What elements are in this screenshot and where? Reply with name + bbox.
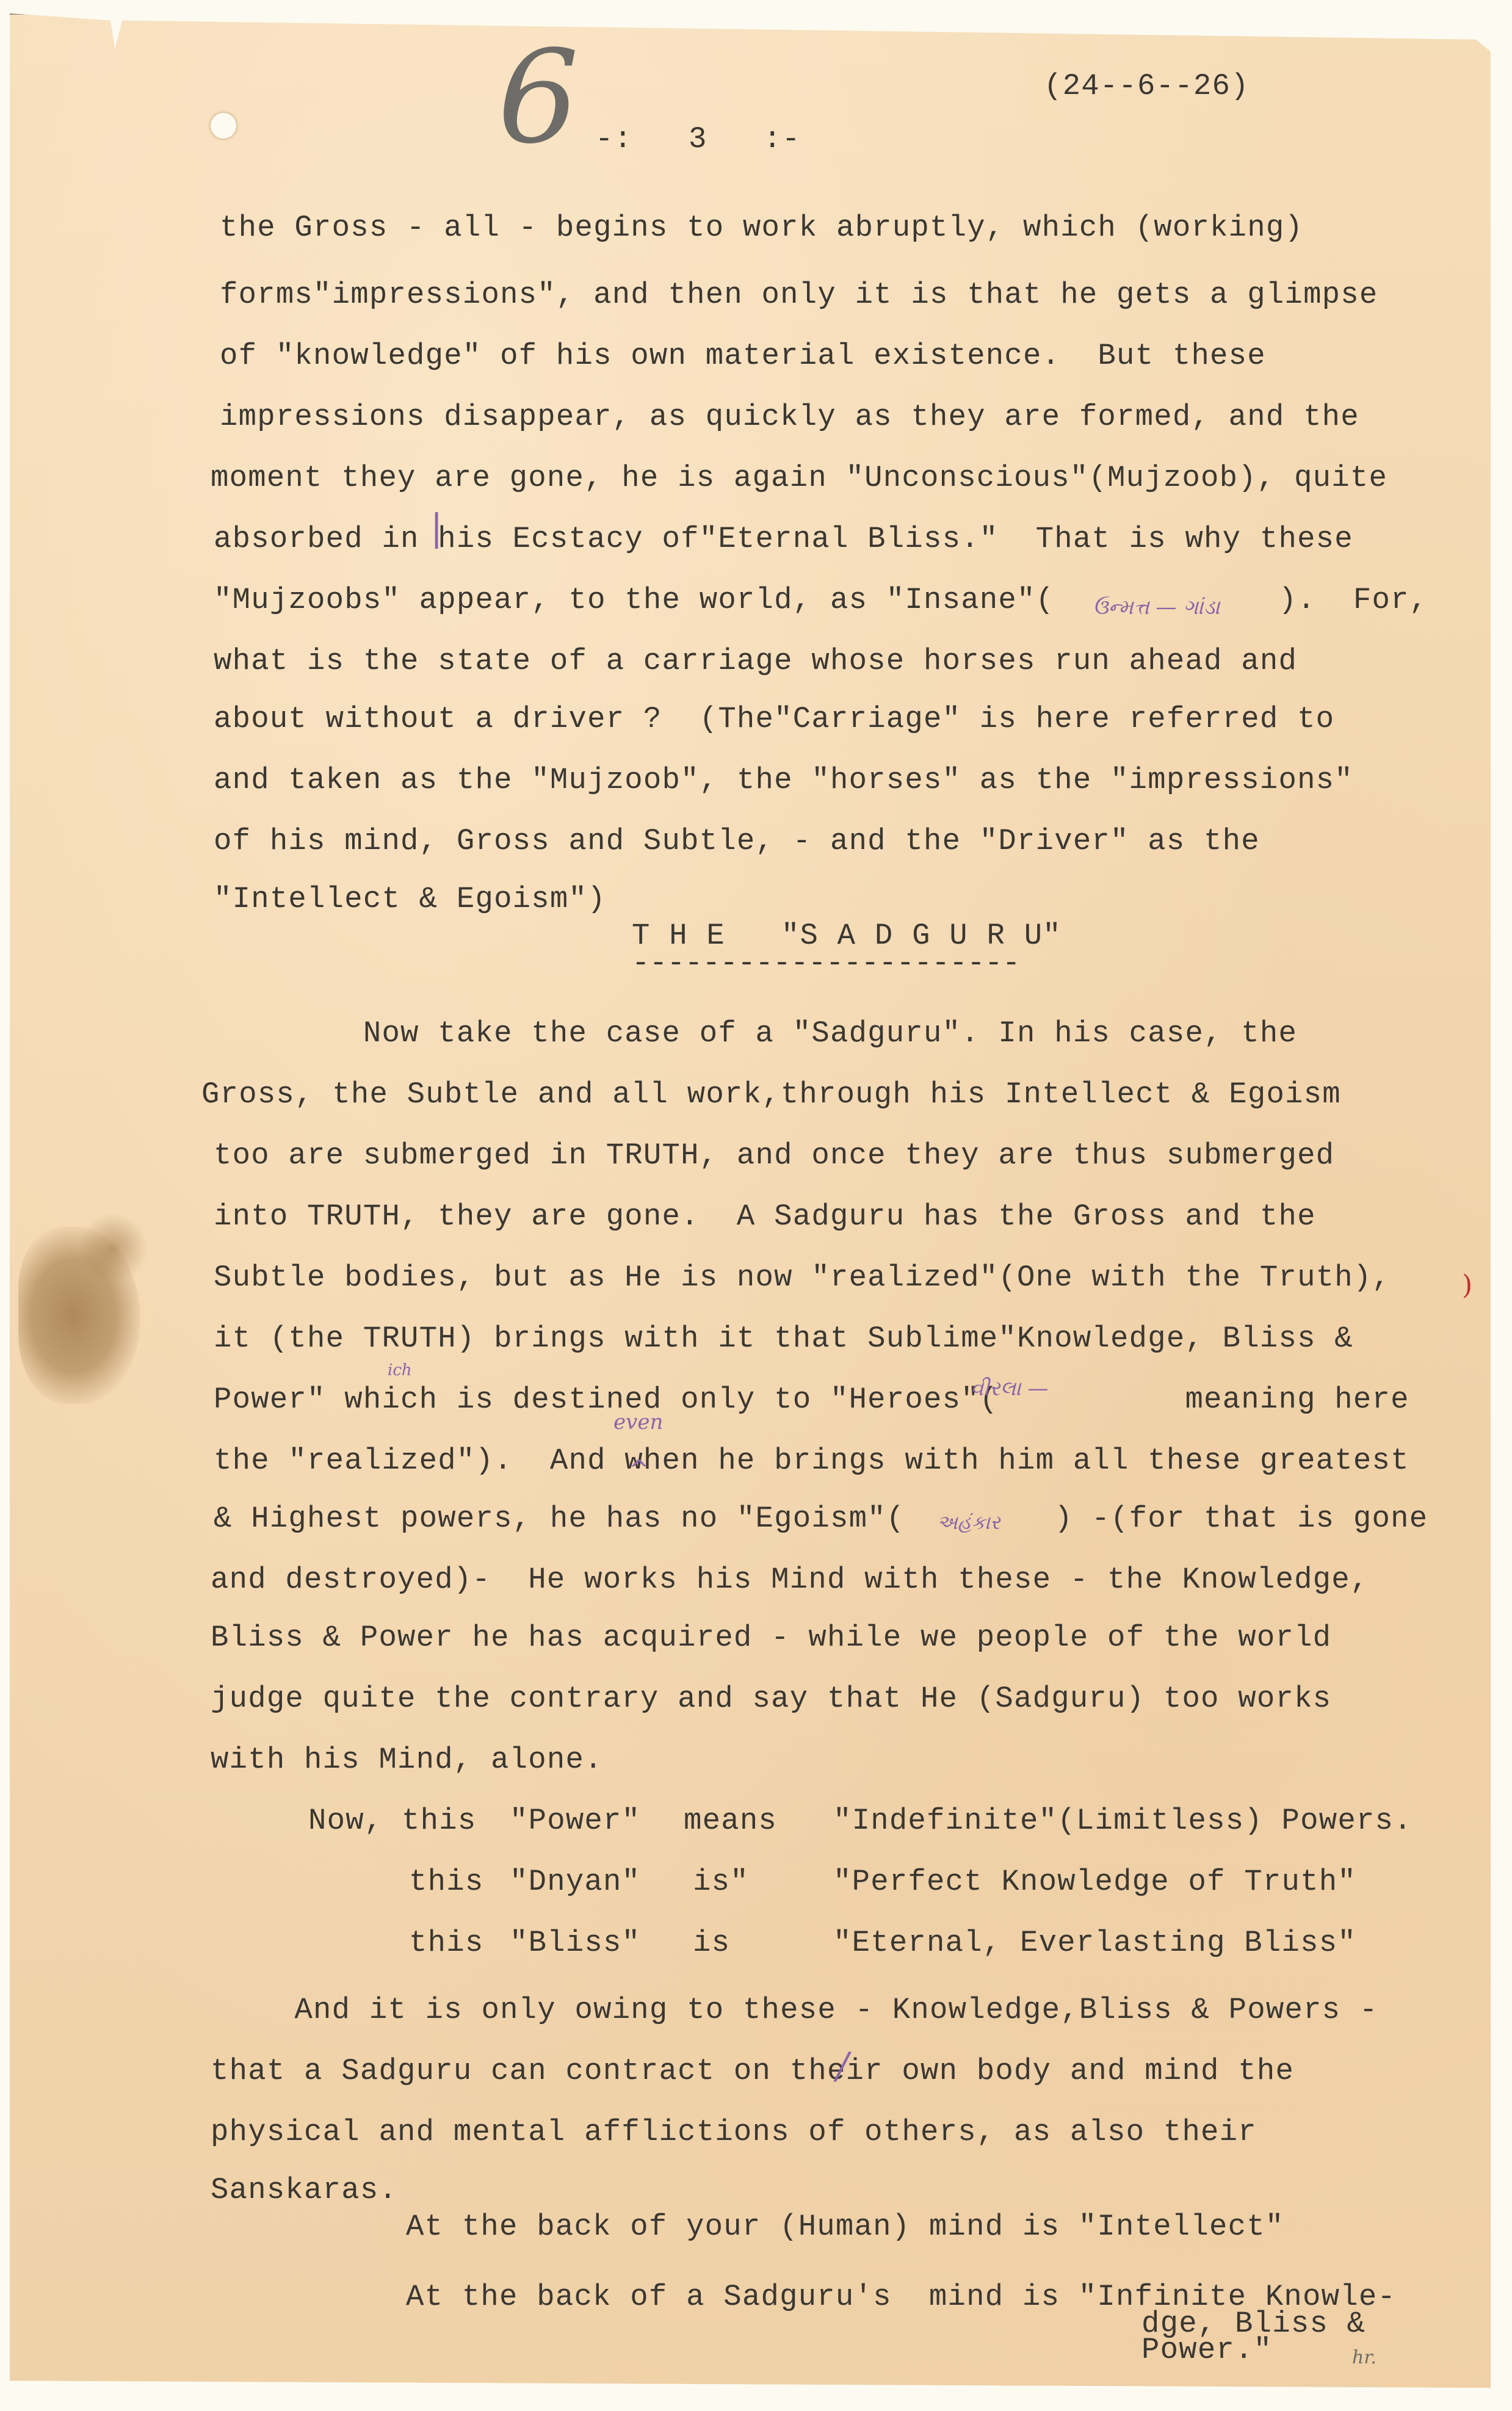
text-line: what is the state of a carriage whose ho… — [214, 644, 1297, 678]
closing-wrap-line: Power." — [1141, 2337, 1272, 2363]
annotation-even-insert: even — [613, 1410, 663, 1434]
text-line: of his mind, Gross and Subtle, - and the… — [214, 824, 1260, 858]
text-line: that a Sadguru can contract on their own… — [211, 2054, 1294, 2088]
closing-line: At the back of your (Human) mind is "Int… — [406, 2210, 1284, 2244]
heading-underline: ---------------------- — [632, 946, 1020, 980]
definition-lead: this — [409, 1926, 483, 1960]
text-line: absorbed in his Ecstacy of"Eternal Bliss… — [214, 522, 1353, 556]
text-line: too are submerged in TRUTH, and once the… — [214, 1138, 1334, 1173]
definition-lead: Now, this — [308, 1804, 476, 1838]
pencil-initials: hr. — [1352, 2347, 1376, 2368]
annotation-heroes-gujarati: વીરલા — — [971, 1376, 1048, 1401]
page-marker: -: 3 :- — [595, 122, 801, 156]
text-line: and taken as the "Mujzoob", the "horses"… — [214, 763, 1353, 797]
text-line: Now take the case of a "Sadguru". In his… — [214, 1016, 1297, 1050]
text-line: the Gross - all - begins to work abruptl… — [220, 211, 1303, 245]
text-line: Sanskaras. — [211, 2173, 397, 2207]
text-line: about without a driver ? (The"Carriage" … — [214, 702, 1334, 736]
annotation-ich-correction: ich — [388, 1361, 412, 1379]
text-line: judge quite the contrary and say that He… — [211, 1682, 1331, 1716]
text-line: physical and mental afflictions of other… — [211, 2115, 1257, 2149]
annotation-egoism-gujarati: અહંકાર — [937, 1511, 1000, 1534]
correction-mark-in-his: | — [430, 507, 443, 549]
text-line: Bliss & Power he has acquired - while we… — [211, 1621, 1331, 1655]
text-line: it (the TRUTH) brings with it that Subli… — [214, 1321, 1353, 1356]
text-line: of "knowledge" of his own material exist… — [220, 339, 1266, 373]
text-line: And it is only owing to these - Knowledg… — [220, 1993, 1378, 2027]
definition-meaning: "Perfect Knowledge of Truth" — [833, 1865, 1356, 1899]
text-line: "Mujzoobs" appear, to the world, as "Ins… — [214, 583, 1428, 617]
text-line: with his Mind, alone. — [211, 1743, 603, 1777]
annotation-insane-gujarati: ઉન્મત્ત — ગાંડા — [1093, 595, 1220, 620]
definition-verb: is — [693, 1926, 730, 1960]
text-line: impressions disappear, as quickly as the… — [220, 400, 1359, 434]
text-line: "Intellect & Egoism") — [214, 882, 606, 916]
definition-term: "Power" — [510, 1804, 640, 1838]
text-line: Power" which is destined only to "Heroes… — [214, 1383, 1409, 1417]
text-line: moment they are gone, he is again "Uncon… — [211, 461, 1387, 495]
text-line: & Highest powers, he has no "Egoism"( ) … — [214, 1502, 1428, 1536]
definition-lead: this — [409, 1865, 483, 1899]
definition-meaning: "Indefinite"(Limitless) Powers. — [833, 1804, 1413, 1838]
text-line: into TRUTH, they are gone. A Sadguru has… — [214, 1199, 1316, 1234]
insert-caret: ^ — [629, 1456, 649, 1484]
definition-verb: means — [684, 1804, 777, 1838]
definition-term: "Dnyan" — [510, 1865, 640, 1899]
text-line: Gross, the Subtle and all work,through h… — [201, 1077, 1341, 1112]
text-line: forms"impressions", and then only it is … — [220, 278, 1378, 312]
definition-meaning: "Eternal, Everlasting Bliss" — [833, 1926, 1356, 1960]
definition-verb: is" — [693, 1865, 749, 1899]
strike-correction-their: / — [836, 2045, 848, 2087]
handwritten-page-number: 6 — [497, 34, 579, 162]
definition-term: "Bliss" — [510, 1926, 640, 1960]
date: (24--6--26) — [1044, 69, 1250, 103]
red-correction-mark: ) — [1462, 1270, 1472, 1301]
water-stain-small — [79, 1212, 146, 1285]
text-line: Subtle bodies, but as He is now "realize… — [214, 1260, 1391, 1295]
punch-hole — [211, 113, 236, 139]
text-line: the "realized"). And when he brings with… — [214, 1444, 1409, 1478]
text-line: and destroyed)- He works his Mind with t… — [211, 1563, 1369, 1597]
